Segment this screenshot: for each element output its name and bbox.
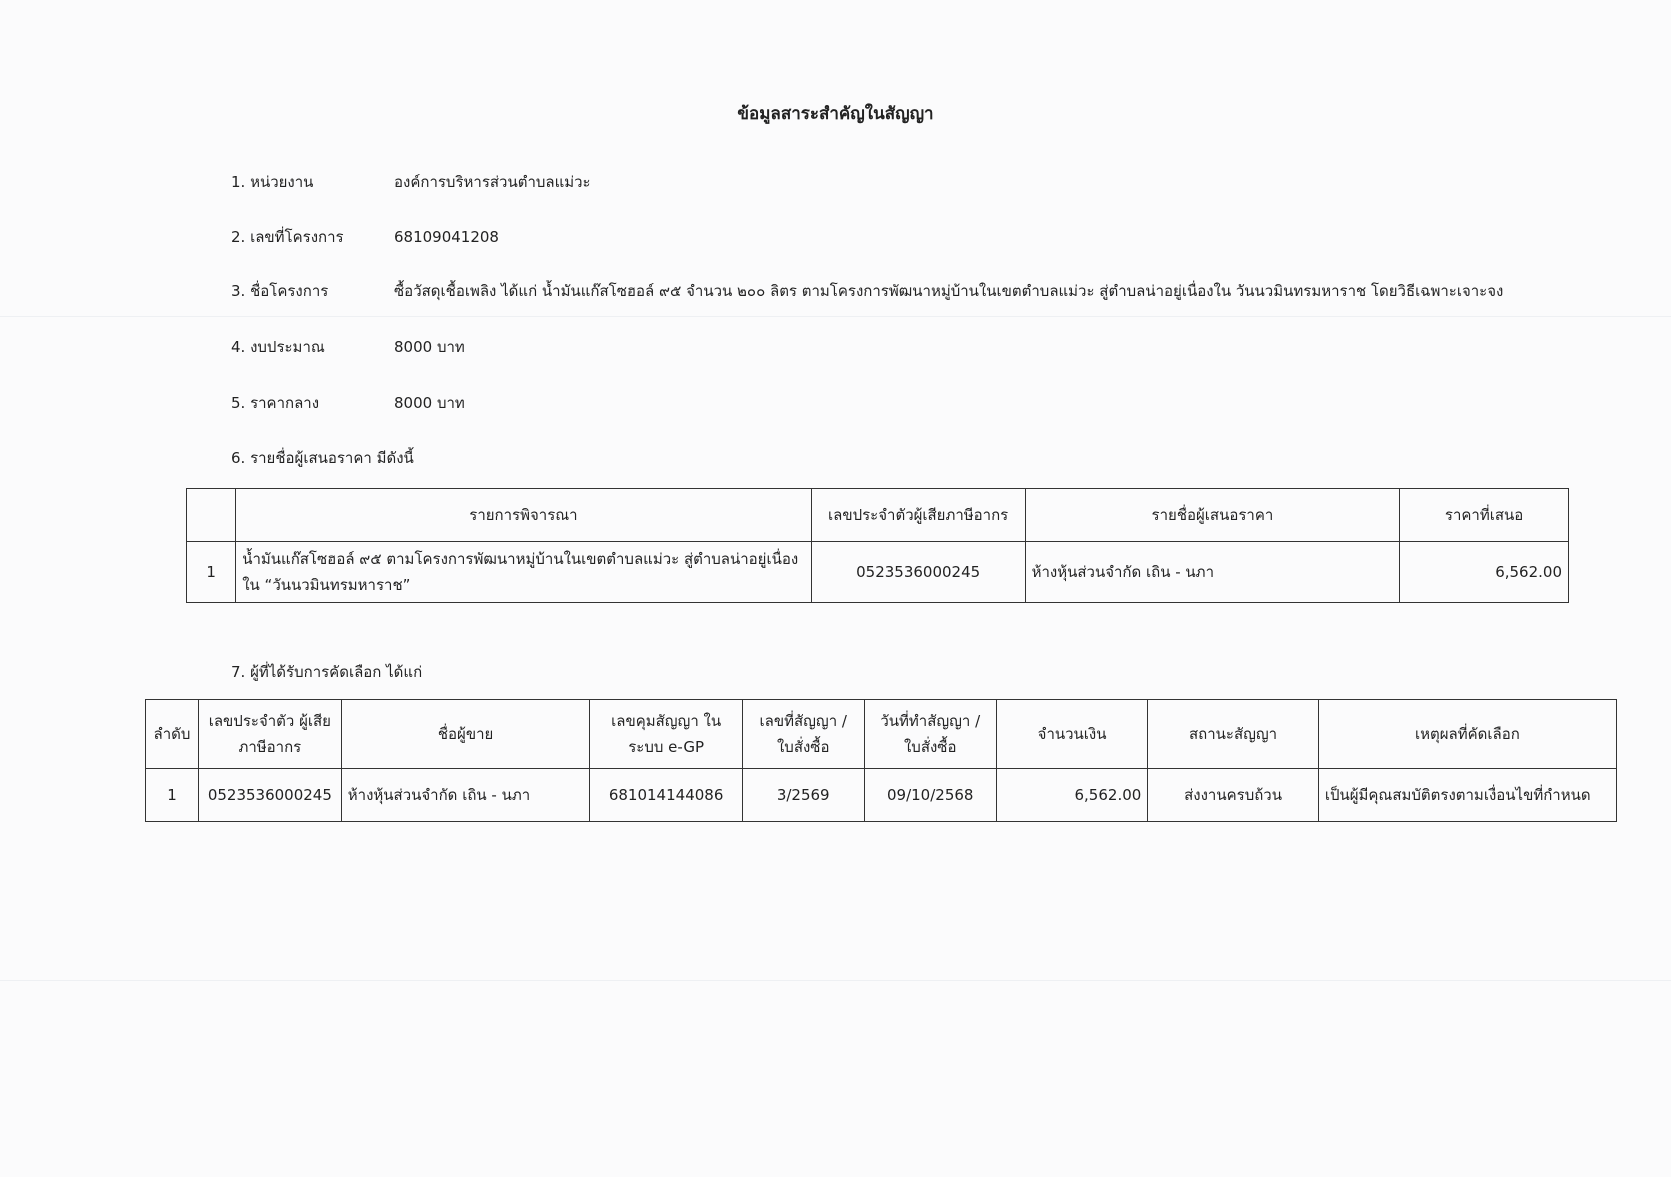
table-row: 1 0523536000245 ห้างหุ้นส่วนจำกัด เถิน -…	[146, 769, 1617, 822]
cell-no: 1	[146, 769, 199, 822]
table-header-row: รายการพิจารณา เลขประจำตัวผู้เสียภาษีอากร…	[187, 489, 1569, 542]
cell-status: ส่งงานครบถ้วน	[1148, 769, 1319, 822]
field-budget: 4. งบประมาณ8000 บาท	[231, 335, 465, 359]
field-agency: 1. หน่วยงานองค์การบริหารส่วนตำบลแม่วะ	[231, 170, 591, 194]
cell-amount: 6,562.00	[996, 769, 1147, 822]
cell-no: 1	[187, 542, 236, 603]
field-value: 8000 บาท	[394, 335, 465, 359]
field-value: 8000 บาท	[394, 391, 465, 415]
section7-heading: 7. ผู้ที่ได้รับการคัดเลือก ได้แก่	[231, 660, 422, 684]
cell-egp: 681014144086	[590, 769, 742, 822]
document-title: ข้อมูลสาระสำคัญในสัญญา	[0, 100, 1671, 127]
cell-tax-id: 0523536000245	[198, 769, 341, 822]
field-project-number: 2. เลขที่โครงการ68109041208	[231, 225, 499, 249]
scan-artifact-line	[0, 980, 1671, 981]
col-no: ลำดับ	[146, 700, 199, 769]
cell-reason: เป็นผู้มีคุณสมบัติตรงตามเงื่อนไขที่กำหนด	[1318, 769, 1616, 822]
field-label: 5. ราคากลาง	[231, 391, 394, 415]
field-value: 68109041208	[394, 228, 499, 246]
bidders-table: รายการพิจารณา เลขประจำตัวผู้เสียภาษีอากร…	[186, 488, 1569, 603]
col-tax-id: เลขประจำตัวผู้เสียภาษีอากร	[811, 489, 1025, 542]
col-no	[187, 489, 236, 542]
col-date: วันที่ทำสัญญา / ใบสั่งซื้อ	[864, 700, 996, 769]
table-header-row: ลำดับ เลขประจำตัว ผู้เสียภาษีอากร ชื่อผู…	[146, 700, 1617, 769]
col-bidder: รายชื่อผู้เสนอราคา	[1025, 489, 1400, 542]
cell-item: น้ำมันแก๊สโซฮอล์ ๙๕ ตามโครงการพัฒนาหมู่บ…	[236, 542, 811, 603]
cell-price: 6,562.00	[1400, 542, 1569, 603]
selected-table: ลำดับ เลขประจำตัว ผู้เสียภาษีอากร ชื่อผู…	[145, 699, 1617, 822]
col-tax-id: เลขประจำตัว ผู้เสียภาษีอากร	[198, 700, 341, 769]
field-label: 1. หน่วยงาน	[231, 170, 394, 194]
field-project-name: 3. ชื่อโครงการซื้อวัสดุเชื้อเพลิง ได้แก่…	[231, 279, 1503, 303]
scan-artifact-line	[0, 316, 1671, 317]
col-amount: จำนวนเงิน	[996, 700, 1147, 769]
cell-contract-no: 3/2569	[742, 769, 864, 822]
field-label: 4. งบประมาณ	[231, 335, 394, 359]
col-contract-no: เลขที่สัญญา / ใบสั่งซื้อ	[742, 700, 864, 769]
col-price: ราคาที่เสนอ	[1400, 489, 1569, 542]
cell-bidder: ห้างหุ้นส่วนจำกัด เถิน - นภา	[1025, 542, 1400, 603]
col-egp: เลขคุมสัญญา ในระบบ e-GP	[590, 700, 742, 769]
cell-date: 09/10/2568	[864, 769, 996, 822]
field-label: 2. เลขที่โครงการ	[231, 225, 394, 249]
col-reason: เหตุผลที่คัดเลือก	[1318, 700, 1616, 769]
field-value: องค์การบริหารส่วนตำบลแม่วะ	[394, 170, 591, 194]
cell-tax-id: 0523536000245	[811, 542, 1025, 603]
field-median-price: 5. ราคากลาง8000 บาท	[231, 391, 465, 415]
field-value: ซื้อวัสดุเชื้อเพลิง ได้แก่ น้ำมันแก๊สโซฮ…	[394, 279, 1503, 303]
table-row: 1 น้ำมันแก๊สโซฮอล์ ๙๕ ตามโครงการพัฒนาหมู…	[187, 542, 1569, 603]
cell-seller: ห้างหุ้นส่วนจำกัด เถิน - นภา	[341, 769, 590, 822]
col-status: สถานะสัญญา	[1148, 700, 1319, 769]
col-seller: ชื่อผู้ขาย	[341, 700, 590, 769]
field-label: 3. ชื่อโครงการ	[231, 279, 394, 303]
col-item: รายการพิจารณา	[236, 489, 811, 542]
section6-heading: 6. รายชื่อผู้เสนอราคา มีดังนี้	[231, 446, 414, 470]
